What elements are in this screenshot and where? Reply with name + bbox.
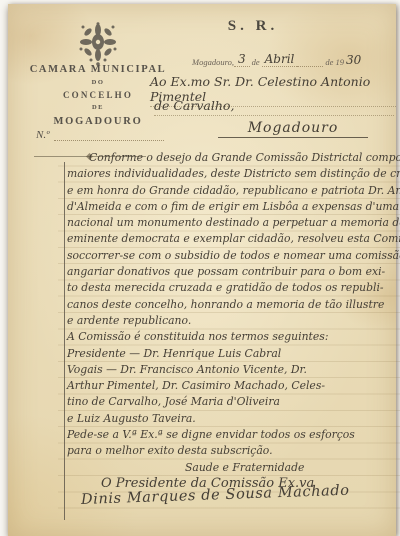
date-year-prefix-printed: de 19 — [325, 57, 344, 67]
recipient-line2: de Carvalho, — [154, 98, 394, 116]
date-day-handwritten: 3 — [234, 52, 250, 67]
letter-paper: CAMARA MUNICIPAL DO CONCELHO DE MOGADOUR… — [8, 4, 396, 536]
body-line: Presidente — Dr. Henrique Luis Cabral — [67, 346, 400, 362]
body-line: Conforme o desejo da Grande Comissão Dis… — [67, 150, 400, 166]
body-line: eminente democrata e exemplar cidadão, r… — [67, 231, 400, 247]
body-line: to desta merecida cruzada e gratidão de … — [67, 280, 400, 296]
body-line: Arthur Pimentel, Dr. Casimiro Machado, C… — [67, 378, 400, 394]
crest-graphic — [73, 22, 123, 68]
body-line: nacional um monumento destinado a perpet… — [67, 215, 400, 231]
date-place-printed: Mogadouro, — [192, 57, 234, 67]
letter-body: Conforme o desejo da Grande Comissão Dis… — [58, 150, 400, 509]
body-line: Pede-se a V.ª Ex.ª se digne envidar todo… — [67, 427, 400, 443]
document-number-row: N.º — [36, 128, 164, 141]
date-de-printed: de — [252, 57, 260, 67]
closing-salute: Saude e Fraternidade — [185, 460, 400, 476]
body-line: Vogais — Dr. Francisco Antonio Vicente, … — [67, 362, 400, 378]
body-line: e em honra do Grande cidadão, republican… — [67, 183, 400, 199]
date-month-handwritten: Abril — [262, 52, 298, 67]
body-line: d'Almeida e com o fim de erigir em Lisbô… — [67, 199, 400, 215]
scanned-letter-page: { "letterhead": { "org": ["CAMARA MUNICI… — [0, 0, 400, 536]
date-line: Mogadouro, 3 de Abril de 19 30 — [192, 52, 392, 67]
body-line: e Luiz Augusto Taveira. — [67, 411, 400, 427]
number-blank-line — [54, 128, 165, 141]
classification-heading: S. R. — [186, 18, 320, 35]
body-line: tino de Carvalho, José Maria d'Oliveira — [67, 394, 400, 410]
body-line: soccorrer-se com o subsidio de todos e n… — [67, 248, 400, 264]
body-line: angariar donativos que possam contribuir… — [67, 264, 400, 280]
body-line: e ardente republicano. — [67, 313, 400, 329]
date-year-handwritten: 30 — [346, 53, 361, 67]
recipient-city: Mogadouro — [218, 120, 368, 138]
body-line: canos deste concelho, honrando a memoria… — [67, 297, 400, 313]
date-blank-line — [297, 56, 323, 67]
number-label: N.º — [36, 129, 50, 141]
org-name-line5: MOGADOURO — [16, 116, 180, 127]
body-line: para o melhor exito desta subscrição. — [67, 443, 400, 459]
municipal-crest-icon — [70, 20, 126, 70]
body-line: A Comissão é constituida nos termos segu… — [67, 329, 400, 345]
body-line: maiores individualidades, deste District… — [67, 166, 400, 182]
